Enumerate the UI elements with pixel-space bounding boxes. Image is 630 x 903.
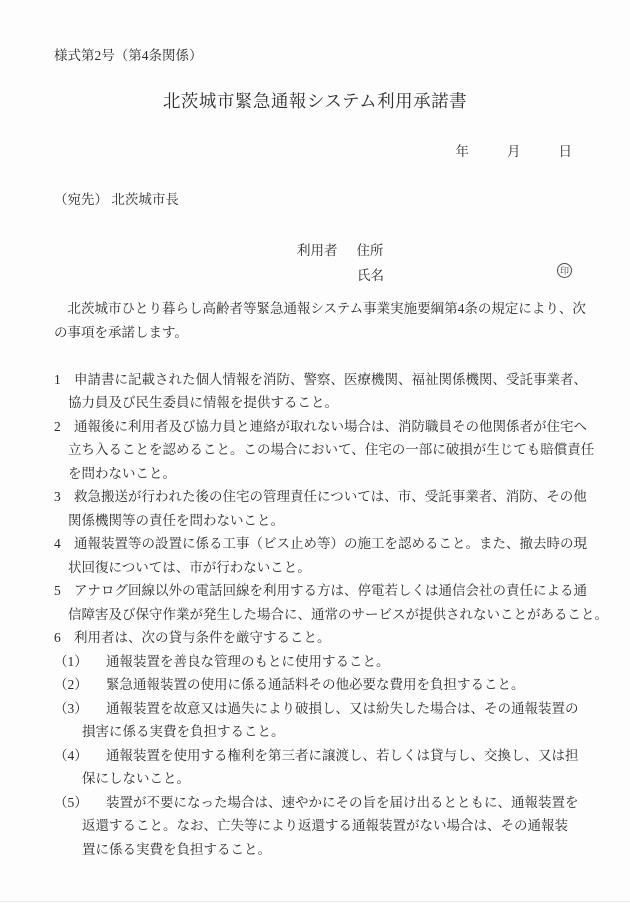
spacer <box>54 344 594 368</box>
item-5: 5アナログ回線以外の電話回線を利用する方は、停電若しくは通信会社の責任による通 … <box>54 579 594 626</box>
subitem-text: 通報装置を善良な管理のもとに使用すること。 <box>106 654 390 669</box>
lead-line: 北茨城市ひとり暮らし高齢者等緊急通報システム事業実施要綱第4条の規定により、次 <box>54 297 594 321</box>
lead-paragraph: 北茨城市ひとり暮らし高齢者等緊急通報システム事業実施要綱第4条の規定により、次 … <box>54 297 594 344</box>
subitem-text: 通報装置を使用する権利を第三者に譲渡し、若しくは貸与し、交換し、又は担 <box>106 748 579 763</box>
item-line: 5アナログ回線以外の電話回線を利用する方は、停電若しくは通信会社の責任による通 <box>54 579 594 603</box>
item-line: 1申請書に記載された個人情報を消防、警察、医療機関、福祉関係機関、受託事業者、 <box>54 368 594 392</box>
item-number: 4 <box>54 532 61 556</box>
page-bottom-edge <box>0 901 630 902</box>
address-label: 住所 <box>357 243 384 258</box>
item-3: 3救急搬送が行われた後の住宅の管理責任については、市、受託事業者、消防、その他 … <box>54 485 594 532</box>
item-line: を問わないこと。 <box>54 462 594 486</box>
date-line: 年 月 日 <box>456 140 573 160</box>
item-line: 3救急搬送が行われた後の住宅の管理責任については、市、受託事業者、消防、その他 <box>54 485 594 509</box>
addressee-line: （宛先） 北茨城市長 <box>54 188 179 208</box>
subitem-number: （3） <box>54 697 88 721</box>
name-label: 氏名 <box>357 268 384 283</box>
item-number: 5 <box>54 579 61 603</box>
item-number: 3 <box>54 485 61 509</box>
day-label: 日 <box>559 140 573 160</box>
item-4: 4通報装置等の設置に係る工事（ビス止め等）の施工を認めること。また、撤去時の現 … <box>54 532 594 579</box>
item-line: 関係機関等の責任を問わないこと。 <box>54 509 594 533</box>
year-label: 年 <box>456 140 470 160</box>
item-text: 利用者は、次の貸与条件を厳守すること。 <box>74 630 331 645</box>
subitem-5: （5）装置が不要になった場合は、速やかにその旨を届け出るとともに、通報装置を 返… <box>54 791 594 862</box>
subitem-number: （2） <box>54 673 88 697</box>
document-page: 様式第2号（第4条関係） 北茨城市緊急通報システム利用承諾書 年 月 日 （宛先… <box>0 0 630 903</box>
seal-icon: 印 <box>557 263 572 278</box>
item-line: 6利用者は、次の貸与条件を厳守すること。 <box>54 626 594 650</box>
subitem-line: （2）緊急通報装置の使用に係る通話料その他必要な費用を負担すること。 <box>54 673 594 697</box>
item-number: 2 <box>54 415 61 439</box>
item-number: 1 <box>54 368 61 392</box>
item-line: 状回復については、市が行わないこと。 <box>54 556 594 580</box>
subitem-line: 返還すること。なお、亡失等により返還する通報装置がない場合は、その通報装 <box>54 814 594 838</box>
subitem-line: （3）通報装置を故意又は過失により破損し、又は紛失した場合は、その通報装置の <box>54 697 594 721</box>
subitem-text: 装置が不要になった場合は、速やかにその旨を届け出るとともに、通報装置を <box>106 795 579 810</box>
subitem-2: （2）緊急通報装置の使用に係る通話料その他必要な費用を負担すること。 <box>54 673 594 697</box>
subitem-line: （4）通報装置を使用する権利を第三者に譲渡し、若しくは貸与し、交換し、又は担 <box>54 744 594 768</box>
signature-name-row: 氏名 <box>297 263 384 288</box>
subitem-line: 置に係る実費を負担すること。 <box>54 838 594 862</box>
subitem-line: 損害に係る実費を負担すること。 <box>54 720 594 744</box>
item-1: 1申請書に記載された個人情報を消防、警察、医療機関、福祉関係機関、受託事業者、 … <box>54 368 594 415</box>
item-6: 6利用者は、次の貸与条件を厳守すること。 <box>54 626 594 650</box>
lead-line: の事項を承諾します。 <box>54 321 594 345</box>
page-title: 北茨城市緊急通報システム利用承諾書 <box>0 88 630 113</box>
subitem-line: （1）通報装置を善良な管理のもとに使用すること。 <box>54 650 594 674</box>
subitem-3: （3）通報装置を故意又は過失により破損し、又は紛失した場合は、その通報装置の 損… <box>54 697 594 744</box>
form-number-label: 様式第2号（第4条関係） <box>54 44 203 64</box>
subitem-text: 通報装置を故意又は過失により破損し、又は紛失した場合は、その通報装置の <box>106 701 579 716</box>
subitem-number: （4） <box>54 744 88 768</box>
item-text: 通報後に利用者及び協力員と連絡が取れない場合は、消防職員その他関係者が住宅へ <box>74 419 587 434</box>
subitem-4: （4）通報装置を使用する権利を第三者に譲渡し、若しくは貸与し、交換し、又は担 保… <box>54 744 594 791</box>
signature-block: 利用者住所 氏名 <box>297 238 384 288</box>
item-text: 救急搬送が行われた後の住宅の管理責任については、市、受託事業者、消防、その他 <box>74 489 587 504</box>
month-label: 月 <box>507 140 521 160</box>
subitem-line: （5）装置が不要になった場合は、速やかにその旨を届け出るとともに、通報装置を <box>54 791 594 815</box>
item-text: アナログ回線以外の電話回線を利用する方は、停電若しくは通信会社の責任による通 <box>74 583 587 598</box>
item-line: 協力員及び民生委員に情報を提供すること。 <box>54 391 594 415</box>
item-line: 立ち入ることを認めること。この場合において、住宅の一部に破損が生じても賠償責任 <box>54 438 594 462</box>
subitem-number: （5） <box>54 791 88 815</box>
document-body: 北茨城市ひとり暮らし高齢者等緊急通報システム事業実施要綱第4条の規定により、次 … <box>54 297 594 861</box>
item-text: 通報装置等の設置に係る工事（ビス止め等）の施工を認めること。また、撤去時の現 <box>74 536 587 551</box>
signature-user-row: 利用者住所 <box>297 238 384 263</box>
item-line: 4通報装置等の設置に係る工事（ビス止め等）の施工を認めること。また、撤去時の現 <box>54 532 594 556</box>
user-label: 利用者 <box>297 243 338 258</box>
subitem-1: （1）通報装置を善良な管理のもとに使用すること。 <box>54 650 594 674</box>
item-line: 信障害及び保守作業が発生した場合に、通常のサービスが提供されないことがあること。 <box>54 603 594 627</box>
item-2: 2通報後に利用者及び協力員と連絡が取れない場合は、消防職員その他関係者が住宅へ … <box>54 415 594 486</box>
subitem-number: （1） <box>54 650 88 674</box>
item-number: 6 <box>54 626 61 650</box>
item-line: 2通報後に利用者及び協力員と連絡が取れない場合は、消防職員その他関係者が住宅へ <box>54 415 594 439</box>
subitem-text: 緊急通報装置の使用に係る通話料その他必要な費用を負担すること。 <box>106 677 525 692</box>
subitem-line: 保にしないこと。 <box>54 767 594 791</box>
item-text: 申請書に記載された個人情報を消防、警察、医療機関、福祉関係機関、受託事業者、 <box>74 372 587 387</box>
